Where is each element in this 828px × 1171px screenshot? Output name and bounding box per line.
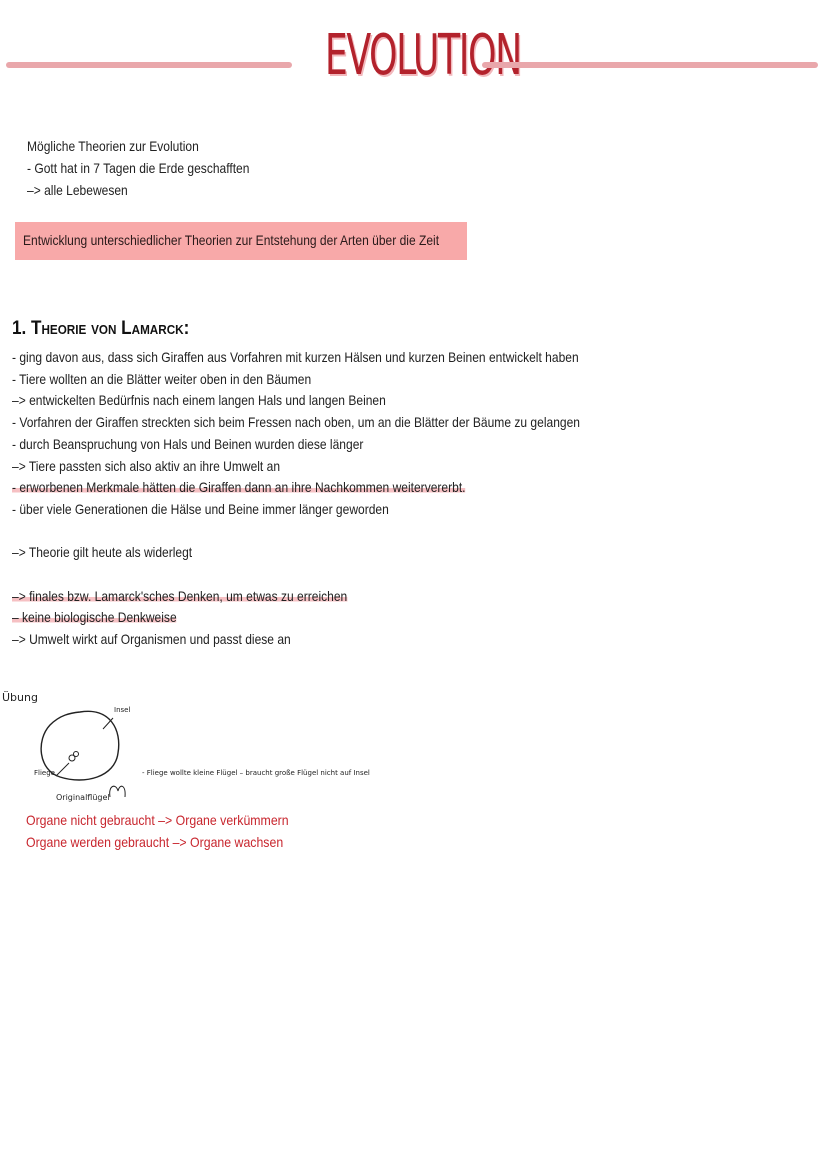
note-text: - über viele Generationen die Hälse und … — [12, 501, 389, 517]
highlighted-text: – keine biologische Denkweise — [12, 609, 177, 625]
highlighted-text: - erworbenen Merkmale hätten die Giraffe… — [12, 479, 466, 495]
note-line: - ging davon aus, dass sich Giraffen aus… — [12, 347, 580, 369]
exercise-note: - Fliege wollte kleine Flügel – braucht … — [142, 769, 370, 777]
note-line: –> entwickelten Bedürfnis nach einem lan… — [12, 390, 580, 412]
intro-block: Mögliche Theorien zur Evolution - Gott h… — [27, 135, 249, 201]
label-wing: Originalflügel — [56, 793, 110, 802]
highlight-box: Entwicklung unterschiedlicher Theorien z… — [15, 222, 467, 260]
conclusion-block: Organe nicht gebraucht –> Organe verkümm… — [26, 810, 289, 853]
highlight-text: Entwicklung unterschiedlicher Theorien z… — [23, 232, 439, 248]
note-text: - durch Beanspruchung von Hals und Beine… — [12, 436, 363, 452]
title-header: EVOLUTION — [0, 22, 828, 94]
note-text: - Vorfahren der Giraffen streckten sich … — [12, 414, 580, 430]
label-fly: Fliege — [34, 769, 55, 777]
island-sketch-icon — [0, 685, 420, 810]
note-line: - erworbenen Merkmale hätten die Giraffe… — [12, 477, 580, 499]
section-title-lamarck: 1. Theorie von Lamarck: — [12, 318, 189, 340]
note-text: - ging davon aus, dass sich Giraffen aus… — [12, 349, 579, 365]
note-line: - Vorfahren der Giraffen streckten sich … — [12, 412, 580, 434]
note-text: –> Theorie gilt heute als widerlegt — [12, 544, 192, 560]
note-line: – keine biologische Denkweise — [12, 607, 580, 629]
intro-line: - Gott hat in 7 Tagen die Erde geschafft… — [27, 157, 249, 179]
note-line: –> Theorie gilt heute als widerlegt — [12, 542, 580, 564]
conclusion-line: Organe nicht gebraucht –> Organe verkümm… — [26, 810, 289, 832]
exercise-sketch: Übung Insel Fliege Originalflügel - Flie… — [0, 685, 420, 810]
title-divider-right — [482, 62, 818, 68]
note-line: –> Umwelt wirkt auf Organismen und passt… — [12, 629, 580, 651]
note-text: –> Tiere passten sich also aktiv an ihre… — [12, 458, 280, 474]
intro-line: Mögliche Theorien zur Evolution — [27, 135, 249, 157]
title-divider-left — [6, 62, 292, 68]
note-line: –> Tiere passten sich also aktiv an ihre… — [12, 456, 580, 478]
note-text: –> Umwelt wirkt auf Organismen und passt… — [12, 631, 291, 647]
note-text: –> entwickelten Bedürfnis nach einem lan… — [12, 392, 386, 408]
page-title: EVOLUTION — [325, 22, 453, 90]
note-line — [12, 564, 580, 586]
highlighted-text: –> finales bzw. Lamarck'sches Denken, um… — [12, 588, 347, 604]
note-line — [12, 521, 580, 543]
conclusion-line: Organe werden gebraucht –> Organe wachse… — [26, 832, 289, 854]
intro-line: –> alle Lebewesen — [27, 179, 249, 201]
note-line: - durch Beanspruchung von Hals und Beine… — [12, 434, 580, 456]
label-island: Insel — [114, 706, 130, 714]
lamarck-notes: - ging davon aus, dass sich Giraffen aus… — [12, 347, 580, 651]
note-line: –> finales bzw. Lamarck'sches Denken, um… — [12, 586, 580, 608]
note-line: - über viele Generationen die Hälse und … — [12, 499, 580, 521]
note-text: - Tiere wollten an die Blätter weiter ob… — [12, 371, 311, 387]
note-line: - Tiere wollten an die Blätter weiter ob… — [12, 369, 580, 391]
